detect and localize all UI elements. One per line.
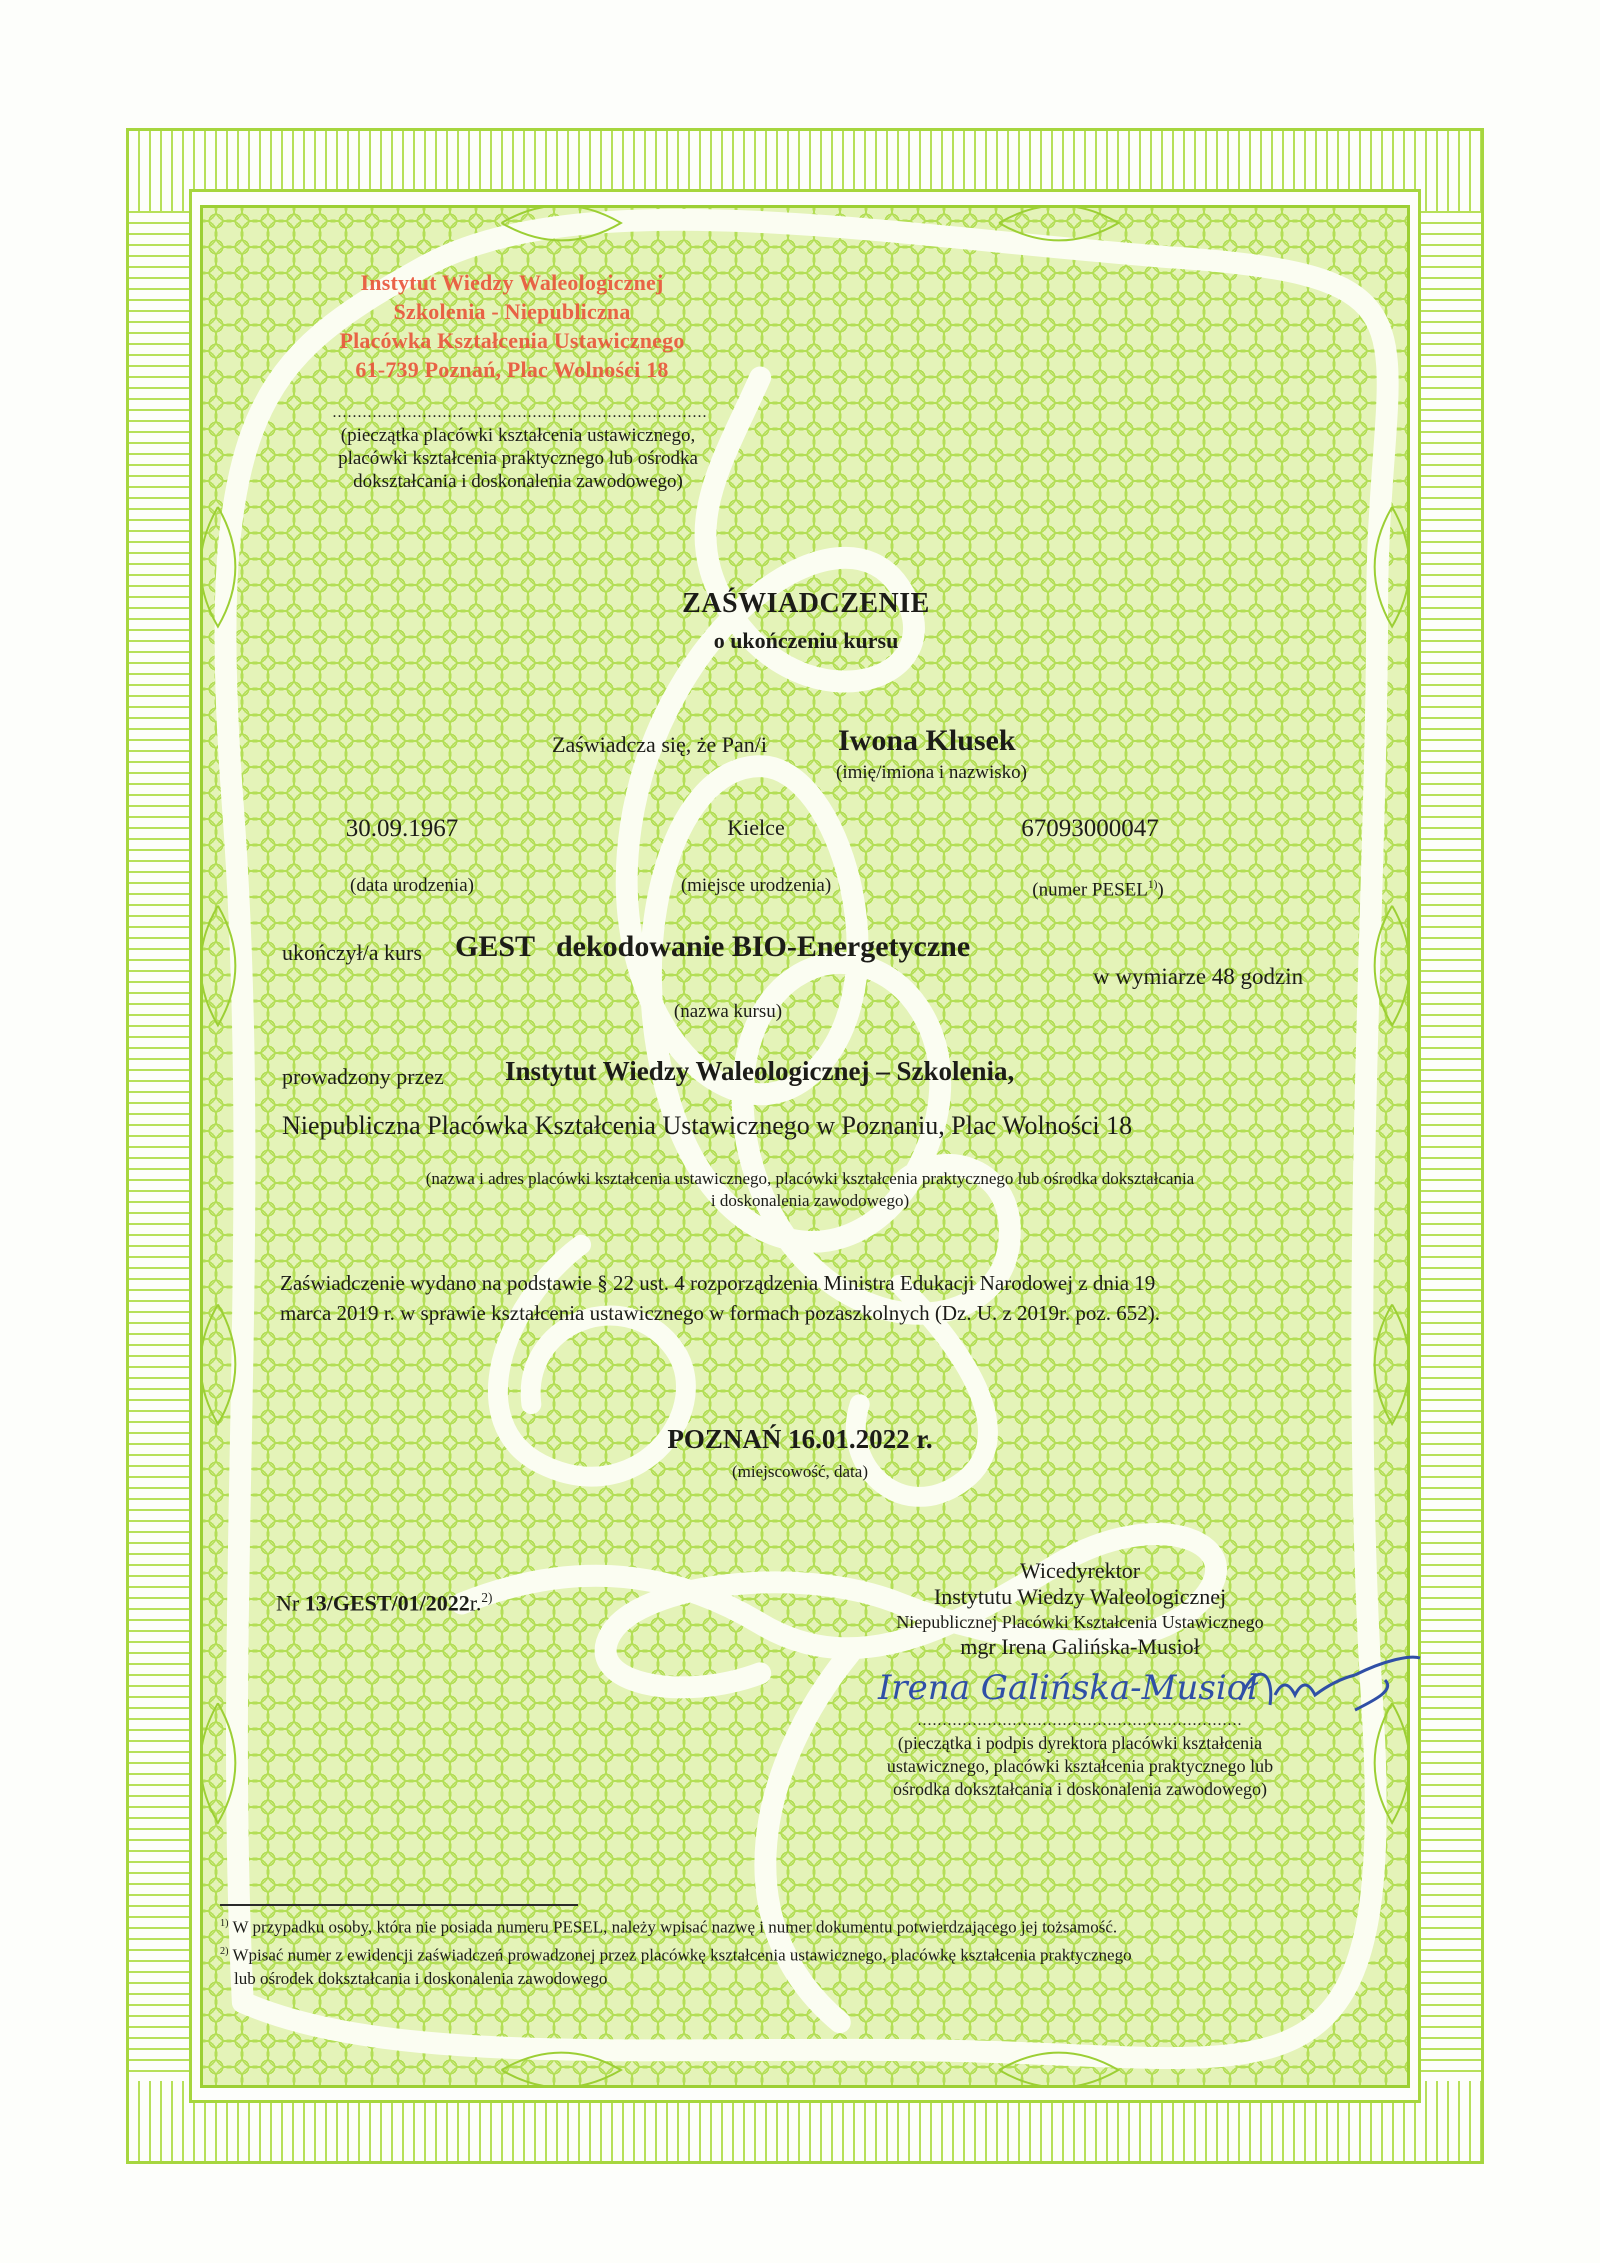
stamp-caption-line: placówki kształcenia praktycznego lub oś…	[338, 447, 698, 470]
signatory-role: Wicedyrektor	[896, 1558, 1263, 1584]
provider-name: Instytut Wiedzy Waleologicznej – Szkolen…	[505, 1056, 1014, 1087]
footnote-text: lub ośrodek dokształcania i doskonalenia…	[234, 1969, 607, 1988]
footnote-1: 1) W przypadku osoby, która nie posiada …	[220, 1912, 1132, 1940]
issue-place-date: POZNAŃ 16.01.2022 r.	[667, 1424, 932, 1455]
attestation-intro: Zaświadcza się, że Pan/i	[552, 732, 767, 758]
border-hatching-left	[129, 211, 189, 2081]
stamp-caption: (pieczątka placówki kształcenia ustawicz…	[338, 424, 698, 493]
certificate-number-value: 13/GEST/01/2022	[305, 1590, 470, 1615]
stamp-line: 61-739 Poznań, Plac Wolności 18	[339, 355, 684, 384]
provider-caption-line: i doskonalenia zawodowego)	[426, 1190, 1194, 1212]
stamp-caption-line: dokształcania i doskonalenia zawodowego)	[338, 470, 698, 493]
signature-caption-line: (pieczątka i podpis dyrektora placówki k…	[887, 1732, 1273, 1755]
course-intro: ukończył/a kurs	[282, 940, 422, 966]
provider-intro: prowadzony przez	[282, 1064, 444, 1090]
certificate-number-suffix: r.	[470, 1590, 482, 1615]
stamp-caption-line: (pieczątka placówki kształcenia ustawicz…	[338, 424, 698, 447]
provider-caption: (nazwa i adres placówki kształcenia usta…	[426, 1168, 1194, 1212]
provider-caption-line: (nazwa i adres placówki kształcenia usta…	[426, 1168, 1194, 1190]
signature-caption-line: ustawicznego, placówki kształcenia prakt…	[887, 1755, 1273, 1778]
stamp-line: Szkolenia - Niepubliczna	[339, 297, 684, 326]
signature-caption: (pieczątka i podpis dyrektora placówki k…	[887, 1732, 1273, 1801]
footnote-ref-1: 1)	[1148, 879, 1158, 891]
stamp-line: Placówka Kształcenia Ustawicznego	[339, 326, 684, 355]
footnote-text: W przypadku osoby, która nie posiada num…	[232, 1918, 1117, 1937]
legal-basis: Zaświadczenie wydano na podstawie § 22 u…	[280, 1268, 1160, 1328]
certificate-number-prefix: Nr	[276, 1590, 305, 1615]
birth-place: Kielce	[727, 815, 784, 841]
signatory-org: Instytutu Wiedzy Waleologicznej	[896, 1584, 1263, 1610]
footnotes: 1) W przypadku osoby, która nie posiada …	[220, 1912, 1132, 1991]
footnote-2-continued: lub ośrodek dokształcania i doskonalenia…	[220, 1967, 1132, 1991]
signatory-org-sub: Niepublicznej Placówki Kształcenia Ustaw…	[896, 1610, 1263, 1634]
recipient-name-caption: (imię/imiona i nazwisko)	[836, 762, 1027, 784]
pesel-caption-text: (numer PESEL	[1032, 879, 1148, 900]
birth-date-caption: (data urodzenia)	[350, 874, 474, 897]
issue-place-date-caption: (miejscowość, data)	[732, 1460, 868, 1483]
course-name-caption: (nazwa kursu)	[674, 1000, 782, 1023]
pesel-caption: (numer PESEL1))	[1032, 874, 1163, 901]
signatory-block: Wicedyrektor Instytutu Wiedzy Waleologic…	[896, 1558, 1263, 1660]
signature-dotted-line: ........................................…	[918, 1712, 1243, 1730]
footnote-2: 2) Wpisać numer z ewidencji zaświadczeń …	[220, 1940, 1132, 1968]
stamp-line: Instytut Wiedzy Waleologicznej	[339, 268, 684, 297]
institution-stamp: Instytut Wiedzy Waleologicznej Szkolenia…	[339, 268, 684, 384]
birth-date: 30.09.1967	[346, 815, 459, 843]
border-hatching-right	[1421, 211, 1481, 2081]
document-title: ZAŚWIADCZENIE	[682, 588, 930, 620]
footnote-mark: 1)	[220, 1918, 229, 1929]
pesel-caption-end: )	[1157, 879, 1163, 900]
course-name-part2: dekodowanie BIO-Energetyczne	[556, 930, 970, 964]
birth-place-caption: (miejsce urodzenia)	[681, 874, 831, 897]
footnote-separator	[220, 1904, 578, 1906]
signatory-name: mgr Irena Galińska-Musioł	[896, 1634, 1263, 1660]
pesel-number: 67093000047	[1021, 815, 1159, 843]
signature-flourish	[1235, 1650, 1425, 1725]
course-hours: w wymiarze 48 godzin	[1093, 964, 1303, 990]
recipient-name: Iwona Klusek	[838, 724, 1016, 758]
course-name-part1: GEST	[455, 930, 535, 964]
provider-address: Niepubliczna Placówka Kształcenia Ustawi…	[282, 1111, 1132, 1141]
legal-basis-line: Zaświadczenie wydano na podstawie § 22 u…	[280, 1268, 1160, 1298]
footnote-ref-2: 2)	[481, 1590, 492, 1605]
document-subtitle: o ukończeniu kursu	[714, 628, 899, 654]
footnote-text: Wpisać numer z ewidencji zaświadczeń pro…	[232, 1945, 1131, 1964]
signature-caption-line: ośrodka dokształcania i doskonalenia zaw…	[887, 1778, 1273, 1801]
certificate-number: Nr 13/GEST/01/2022r.2)	[276, 1590, 492, 1616]
handwritten-signature: Irena Galińska-Musioł	[878, 1668, 1258, 1708]
legal-basis-line: marca 2019 r. w sprawie kształcenia usta…	[280, 1298, 1160, 1328]
footnote-mark: 2)	[220, 1946, 229, 1957]
stamp-dotted-line: ........................................…	[333, 404, 708, 422]
